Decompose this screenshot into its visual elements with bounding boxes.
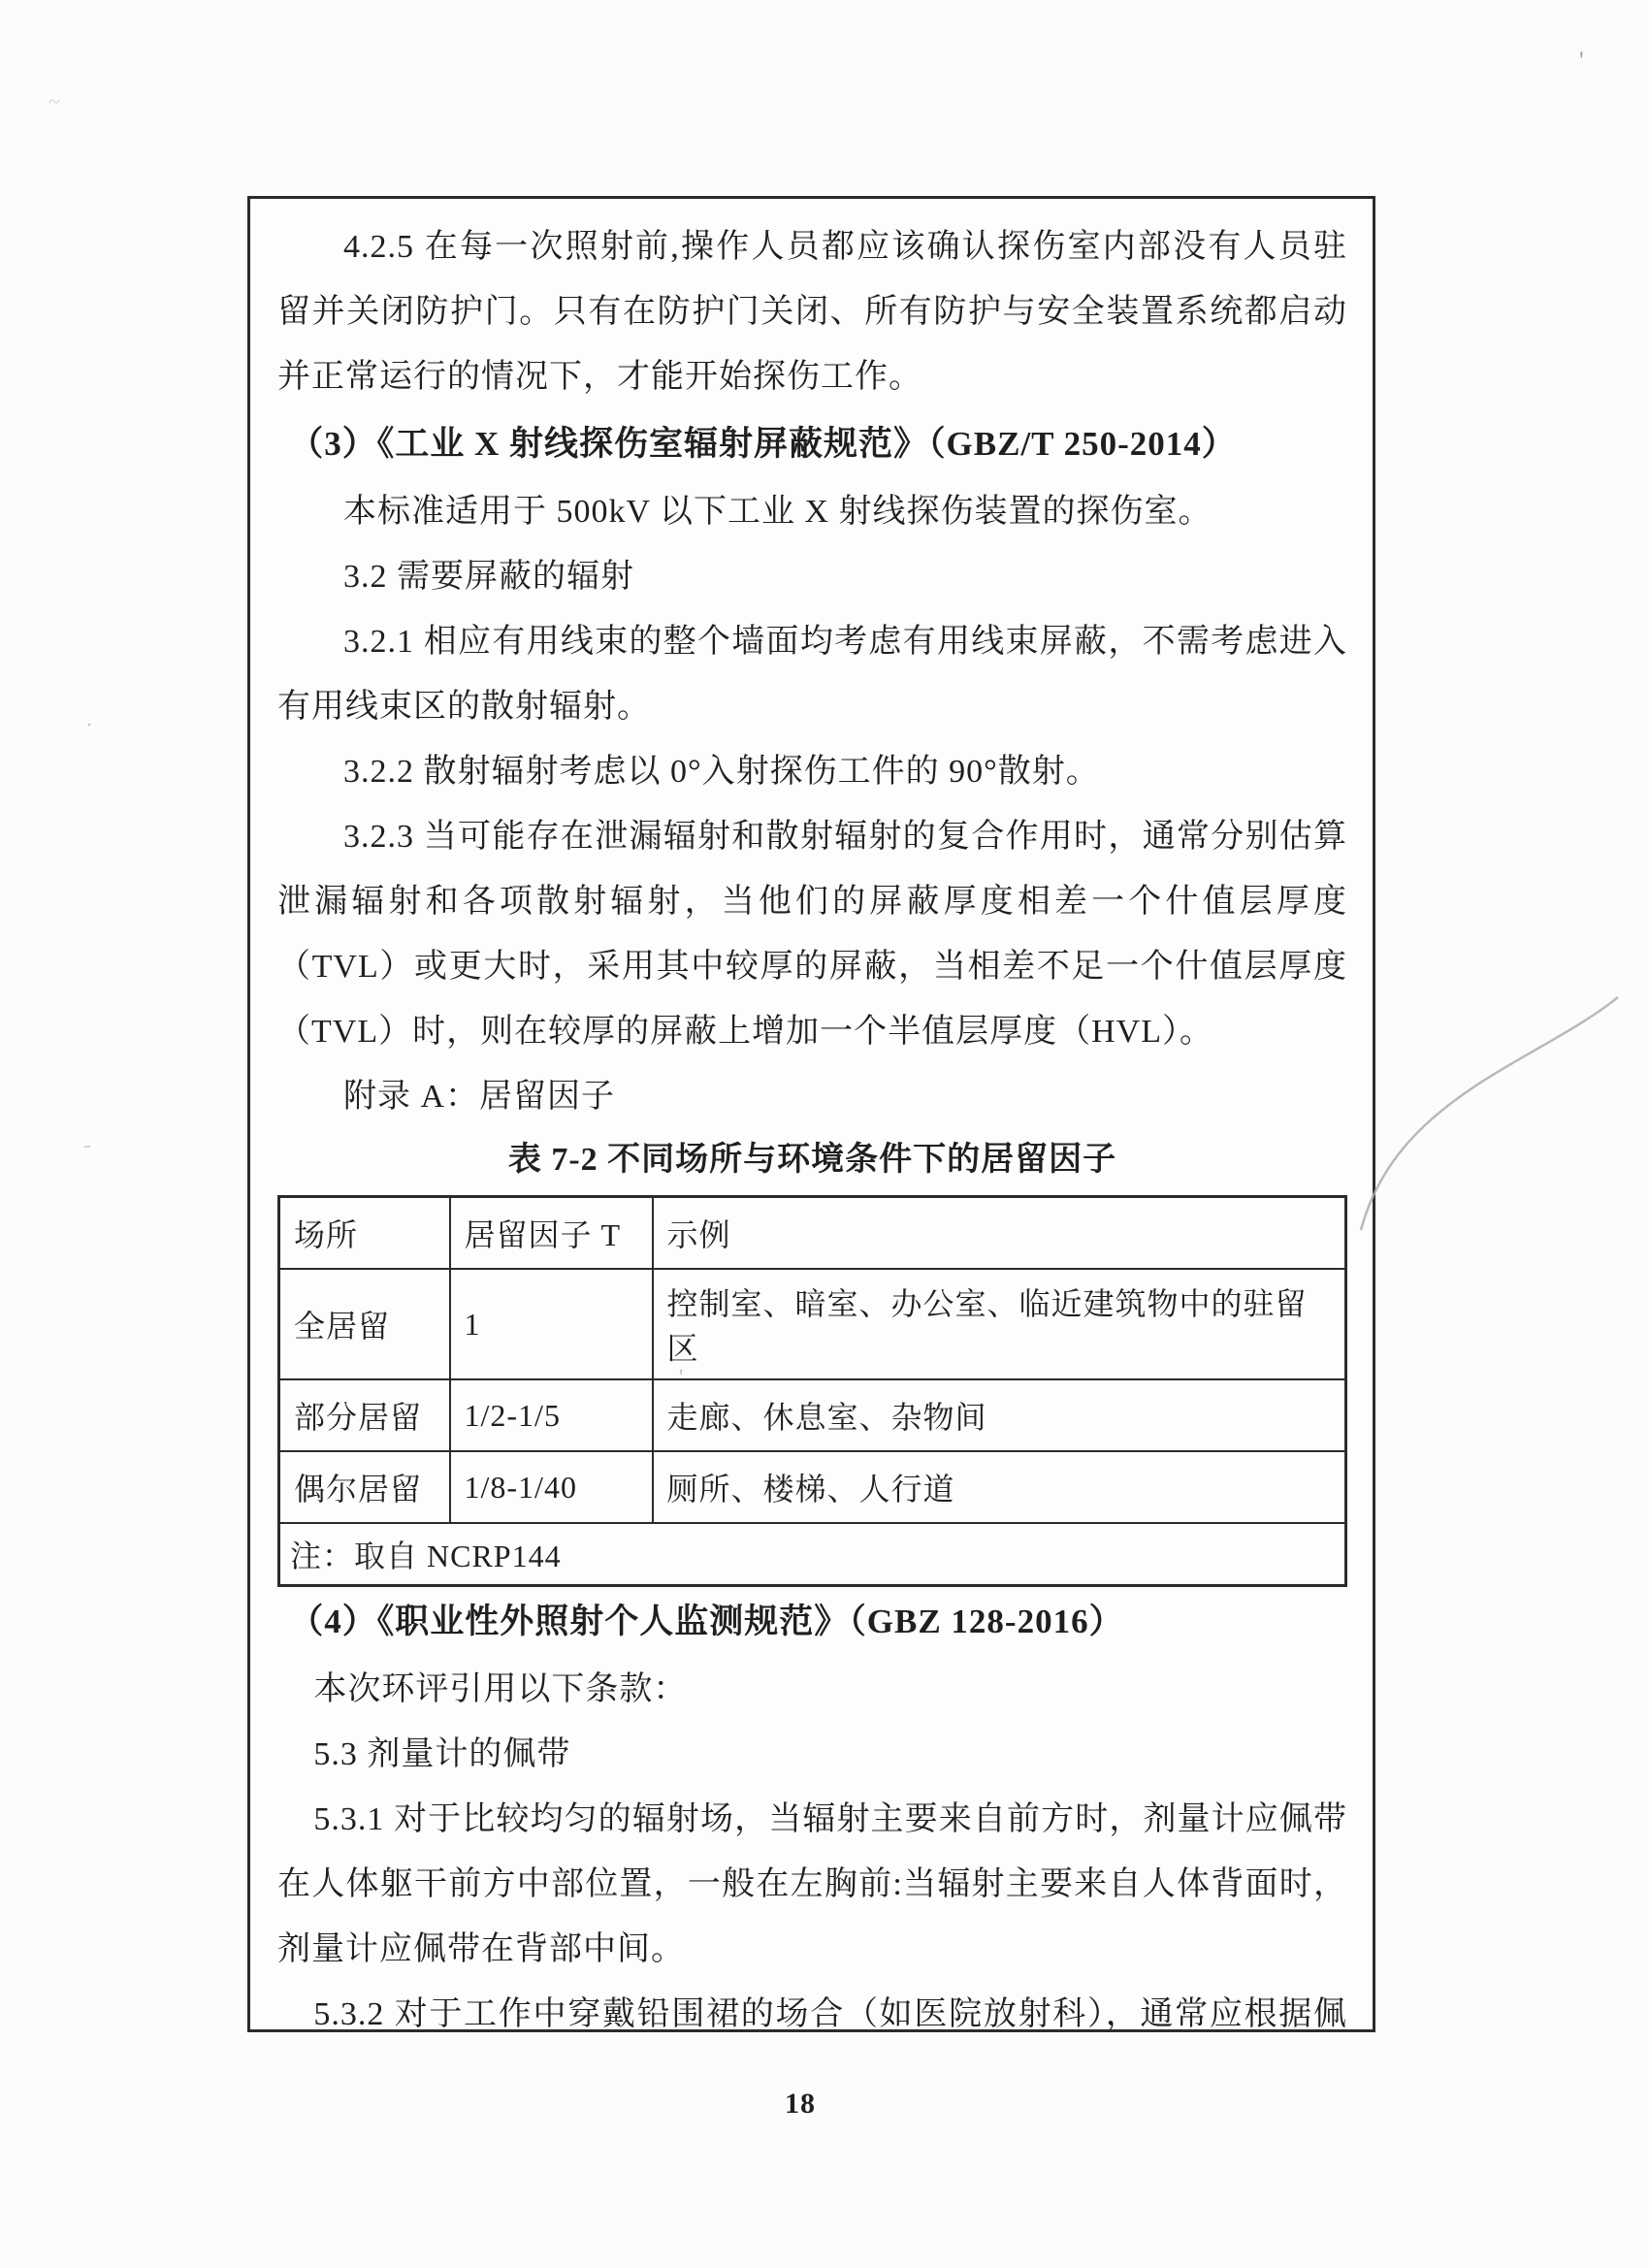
para-5-3-2: 5.3.2 对于工作中穿戴铅围裙的场合（如医院放射科），通常应根据佩带在围裙里面… <box>277 1982 1347 2032</box>
occupancy-factor-table: 场所 居留因子 T 示例 全居留 1 控制室、暗室、办公室、临近建筑物中的驻留区… <box>277 1195 1347 1587</box>
table-note-row: 注：取自 NCRP144 <box>279 1523 1346 1586</box>
table-header-row: 场所 居留因子 T 示例 <box>279 1197 1346 1270</box>
para-5-3: 5.3 剂量计的佩带 <box>277 1722 1347 1787</box>
para-3-2: 3.2 需要屏蔽的辐射 <box>277 544 1347 609</box>
cell-factor-occasional: 1/8-1/40 <box>450 1451 653 1523</box>
para-3-2-1: 3.2.1 相应有用线束的整个墙面均考虑有用线束屏蔽，不需考虑进入有用线束区的散… <box>277 609 1347 739</box>
table-row: 偶尔居留 1/8-1/40 厕所、楼梯、人行道 <box>279 1451 1346 1523</box>
table-title: 表 7-2 不同场所与环境条件下的居留因子 <box>277 1129 1347 1191</box>
para-5-3-1: 5.3.1 对于比较均匀的辐射场，当辐射主要来自前方时，剂量计应佩带在人体躯干前… <box>277 1787 1347 1982</box>
table-header-place: 场所 <box>279 1197 450 1270</box>
para-appendix-a: 附录 A：居留因子 <box>277 1064 1347 1129</box>
heading-section-3: （3）《工业 X 射线探伤室辐射屏蔽规范》（GBZ/T 250-2014） <box>277 409 1347 479</box>
para-standard-scope: 本标准适用于 500kV 以下工业 X 射线探伤装置的探伤室。 <box>277 479 1347 544</box>
scan-speck-artifact: ~ <box>48 89 60 114</box>
cell-place-occasional: 偶尔居留 <box>279 1451 450 1523</box>
scan-speck-artifact: ' <box>679 1366 683 1392</box>
scan-speck-artifact: ' <box>1579 47 1584 76</box>
cell-example-occasional: 厕所、楼梯、人行道 <box>653 1451 1346 1523</box>
cell-factor-full: 1 <box>450 1269 653 1379</box>
heading-section-4: （4）《职业性外照射个人监测规范》（GBZ 128-2016） <box>277 1587 1347 1657</box>
cell-example-full: 控制室、暗室、办公室、临近建筑物中的驻留区 <box>653 1269 1346 1379</box>
page-number: 18 <box>0 2088 1649 2121</box>
cell-place-partial: 部分居留 <box>279 1379 450 1451</box>
table-header-example: 示例 <box>653 1197 1346 1270</box>
table-row: 全居留 1 控制室、暗室、办公室、临近建筑物中的驻留区 <box>279 1269 1346 1379</box>
scanned-document-page: { "colors": { "paper": "#fcfcfb", "text"… <box>0 0 1649 2268</box>
table-header-factor: 居留因子 T <box>450 1197 653 1270</box>
scan-speck-artifact: - <box>83 1133 91 1159</box>
para-3-2-2: 3.2.2 散射辐射考虑以 0°入射探伤工件的 90°散射。 <box>277 739 1347 804</box>
para-eia-intro: 本次环评引用以下条款： <box>277 1657 1347 1722</box>
cell-example-partial: 走廊、休息室、杂物间 <box>653 1379 1346 1451</box>
table-row: 部分居留 1/2-1/5 走廊、休息室、杂物间 <box>279 1379 1346 1451</box>
para-4-2-5: 4.2.5 在每一次照射前,操作人员都应该确认探伤室内部没有人员驻留并关闭防护门… <box>277 214 1347 409</box>
cell-place-full: 全居留 <box>279 1269 450 1379</box>
cell-factor-partial: 1/2-1/5 <box>450 1379 653 1451</box>
document-content-box: 4.2.5 在每一次照射前,操作人员都应该确认探伤室内部没有人员驻留并关闭防护门… <box>247 196 1375 2032</box>
table-note: 注：取自 NCRP144 <box>279 1523 1346 1586</box>
para-3-2-3: 3.2.3 当可能存在泄漏辐射和散射辐射的复合作用时，通常分别估算泄漏辐射和各项… <box>277 804 1347 1064</box>
scan-speck-artifact: · <box>85 713 93 739</box>
